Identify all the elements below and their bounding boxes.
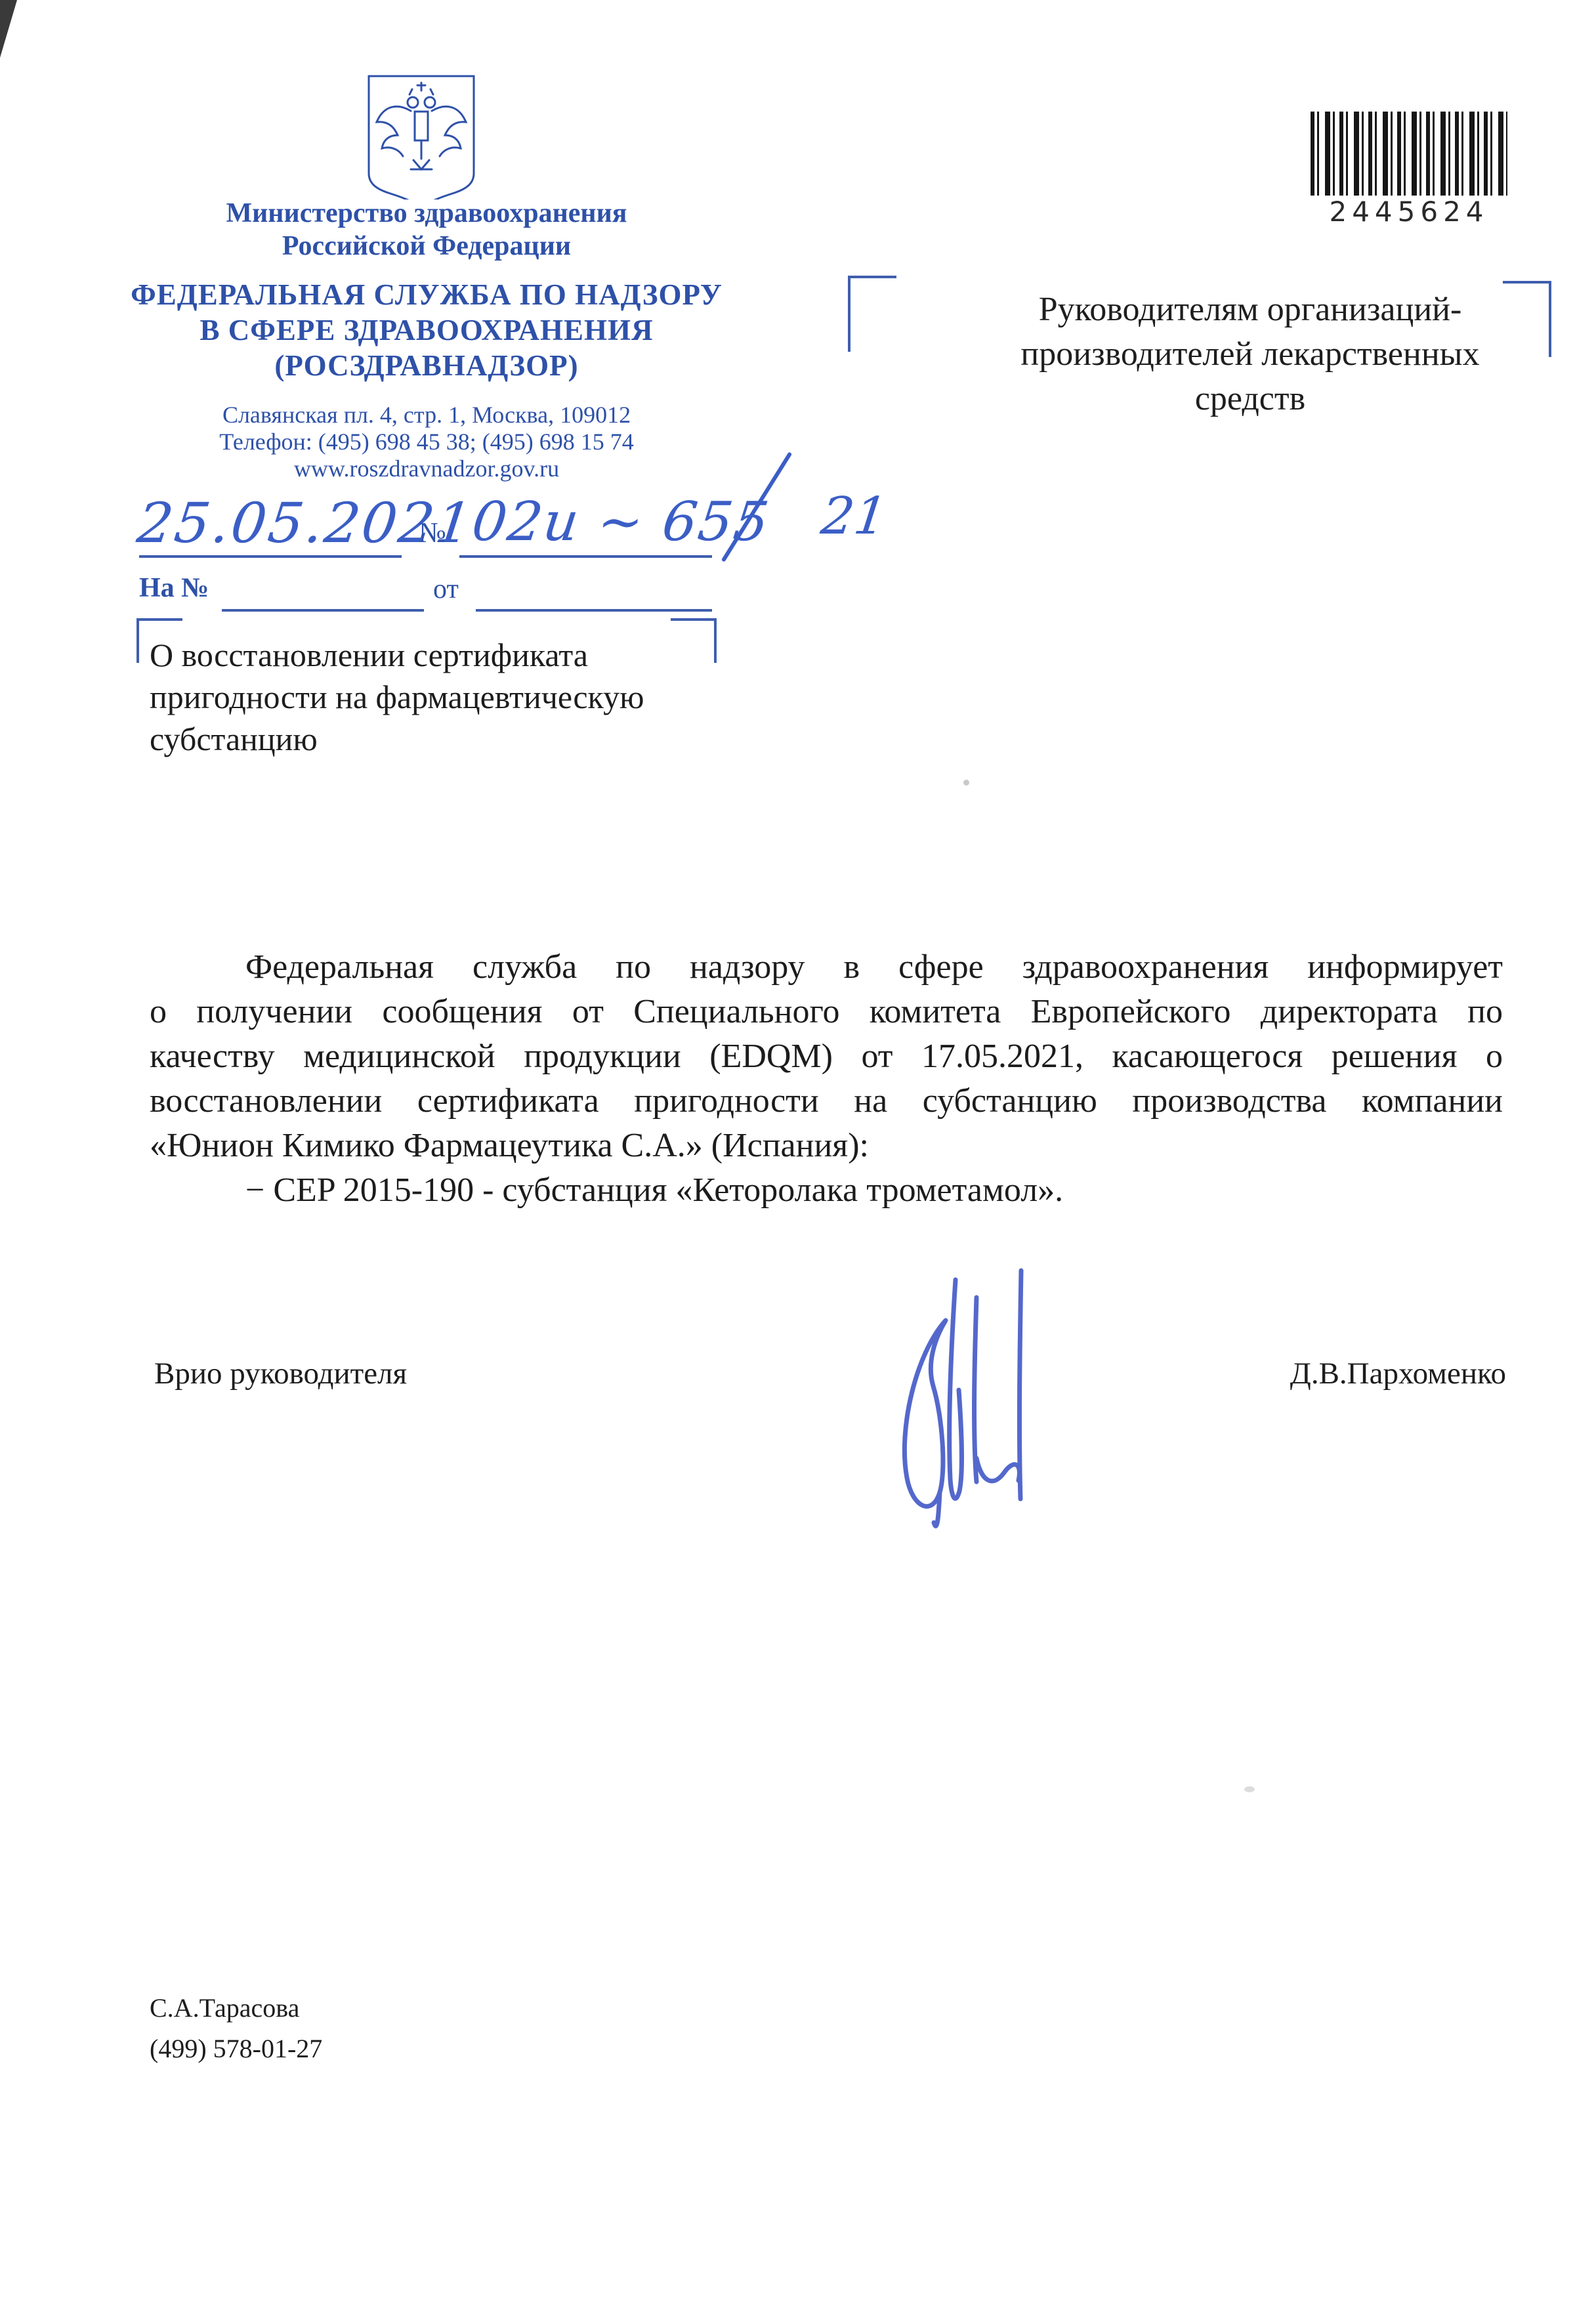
ministry-line: Российской Федерации [98,230,755,263]
recipient-line: средств [938,377,1562,421]
postal-address: Славянская пл. 4, стр. 1, Москва, 109012 [98,402,755,429]
letterhead: Министерство здравоохранения Российской … [98,197,755,482]
scan-corner-artifact [0,0,17,58]
service-line: (РОСЗДРАВНАДЗОР) [98,348,755,383]
scan-speck [1244,1786,1255,1792]
reply-to-number-label: На № [139,572,209,604]
recipient-corner-mark-left [848,276,896,352]
reply-number-blank-line [222,609,424,612]
body-line: о получении сообщения от Специального ко… [150,990,1503,1034]
subject-line: субстанцию [150,718,773,760]
letter-page: Министерство здравоохранения Российской … [0,0,1596,2314]
recipient-block: Руководителям организаций- производителе… [938,287,1562,421]
service-line: В СФЕРЕ ЗДРАВООХРАНЕНИЯ [98,312,755,348]
subject-block: О восстановлении сертификата пригодности… [150,634,773,760]
subject-line: пригодности на фармацевтическую [150,676,773,718]
body-line: Федеральная служба по надзору в сфере зд… [150,945,1503,990]
number-sign: № [419,516,446,549]
phone-numbers: Телефон: (495) 698 45 38; (495) 698 15 7… [98,429,755,455]
executor-name: С.А.Тарасова [150,1992,299,2023]
executor-phone: (499) 578-01-27 [150,2033,322,2064]
handwritten-outgoing-number: 02и ~ 655 [469,491,773,553]
letter-body: Федеральная служба по надзору в сфере зд… [150,945,1503,1213]
number-underline [459,555,712,558]
reply-date-blank-line [476,609,712,612]
recipient-line: Руководителям организаций- [938,287,1562,332]
signature-scribble [878,1261,1055,1544]
ministry-name: Министерство здравоохранения Российской … [98,197,755,263]
body-line: «Юнион Кимико Фармацеутика С.А.» (Испани… [150,1124,1503,1168]
recipient-line: производителей лекарственных [938,332,1562,377]
contact-block: Славянская пл. 4, стр. 1, Москва, 109012… [98,402,755,482]
scan-speck [963,780,969,786]
service-line: ФЕДЕРАЛЬНАЯ СЛУЖБА ПО НАДЗОРУ [98,277,755,312]
handwritten-number-year: 21 [818,487,890,546]
body-line: восстановлении сертификата пригодности н… [150,1079,1503,1124]
website: www.roszdravnadzor.gov.ru [98,455,755,482]
body-list-item: − CEP 2015-190 - субстанция «Кеторолака … [150,1168,1503,1213]
registration-barcode-number: 2445624 [1311,196,1507,228]
body-line: качеству медицинской продукции (EDQM) от… [150,1034,1503,1079]
reply-from-label: от [433,574,459,605]
service-name: ФЕДЕРАЛЬНАЯ СЛУЖБА ПО НАДЗОРУ В СФЕРЕ ЗД… [98,277,755,383]
registration-barcode [1311,112,1507,196]
signer-title: Врио руководителя [154,1356,407,1391]
signer-name: Д.В.Пархоменко [1181,1356,1506,1391]
russia-coat-of-arms-icon [365,74,478,200]
subject-line: О восстановлении сертификата [150,634,773,676]
ministry-line: Министерство здравоохранения [98,197,755,230]
date-underline [139,555,402,558]
